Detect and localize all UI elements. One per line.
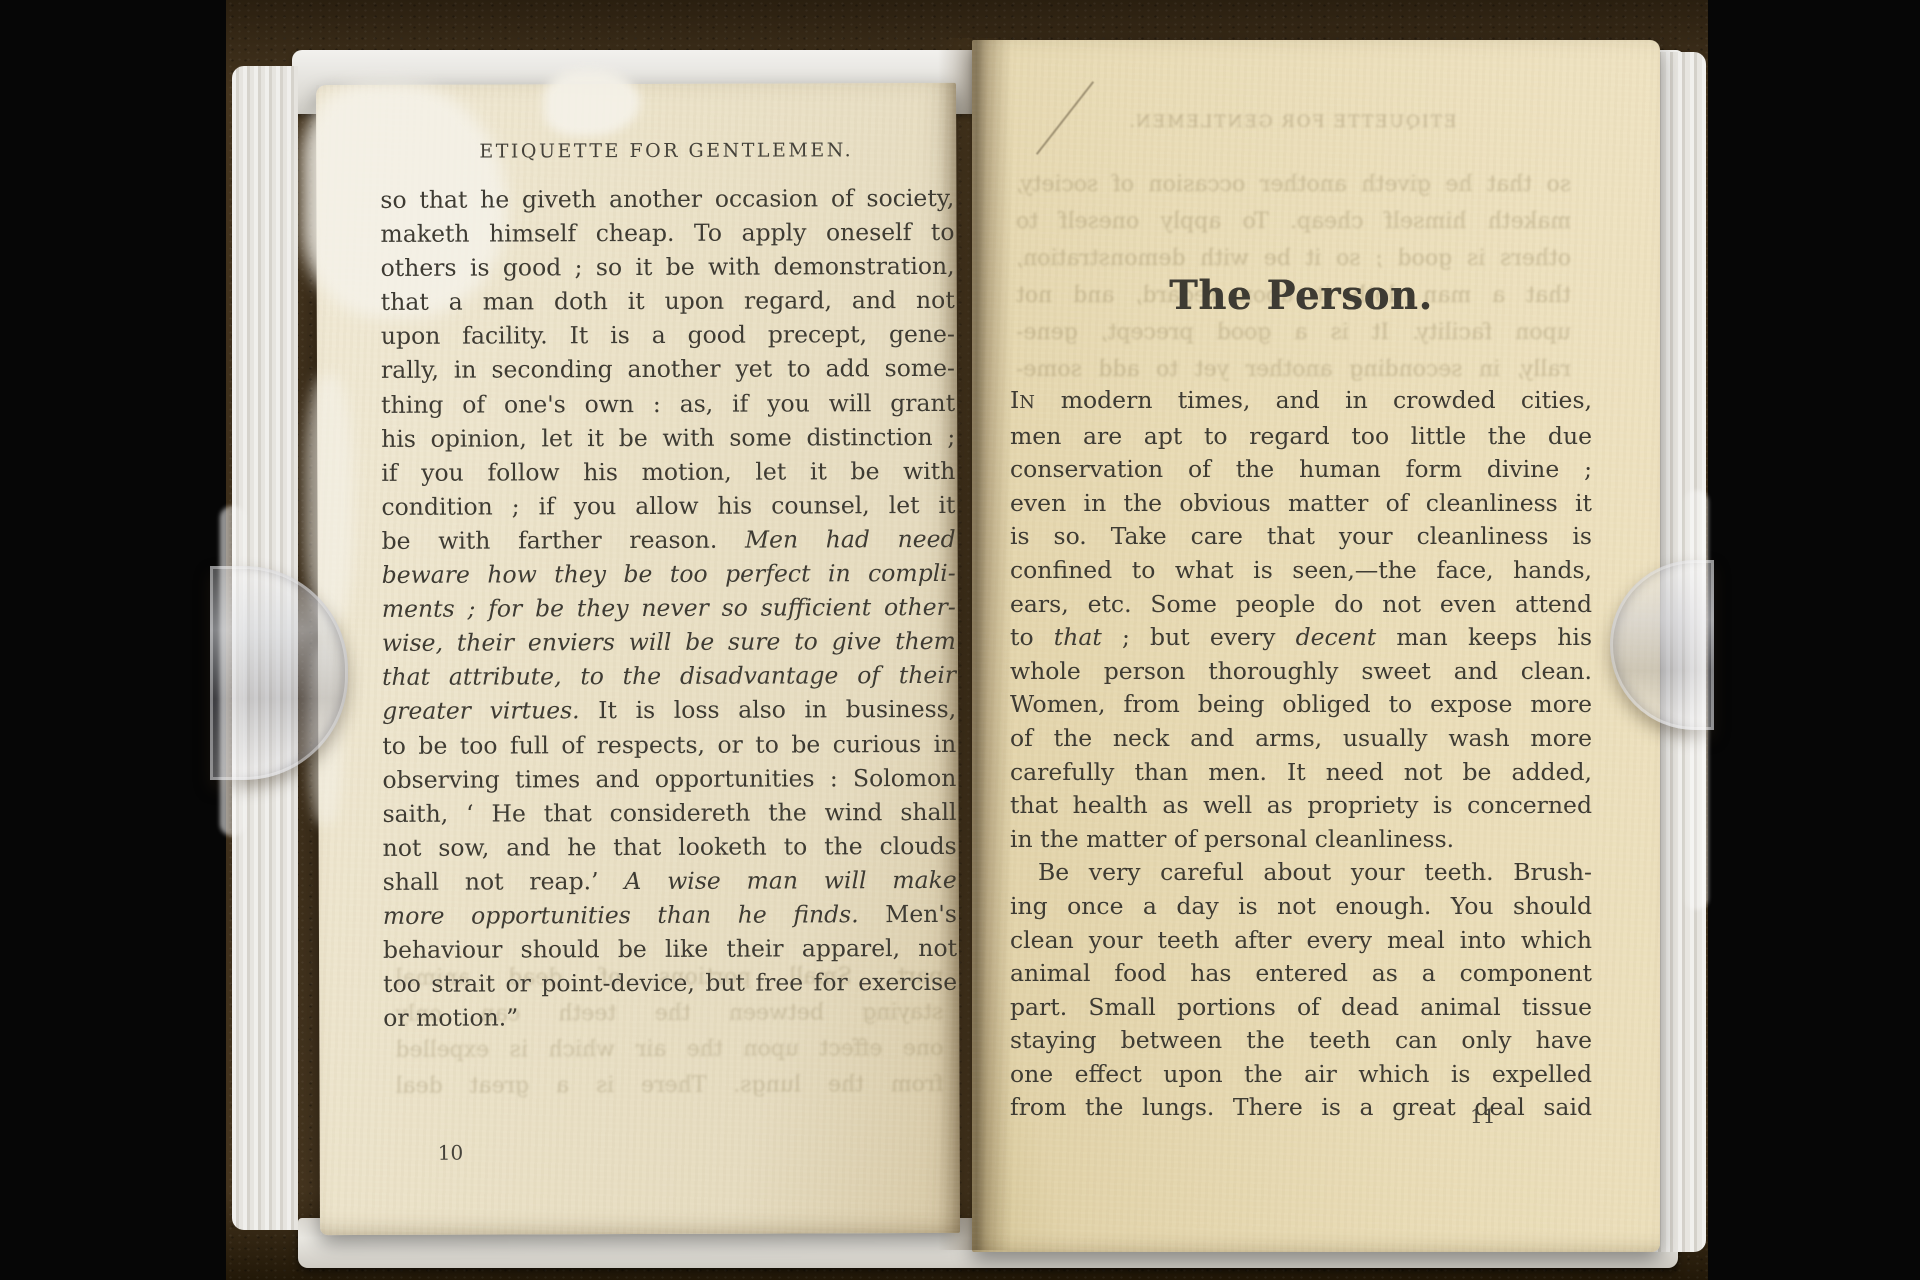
photo-stage: { "colors":{ "background":"#060606", "co… [0,0,1920,1280]
body-text-left: so that he giveth another occasion of so… [380,181,957,1035]
page-number-left: 10 [438,1141,464,1165]
chapter-title: The Person. [1010,271,1592,319]
right-page: ETIQUETTE FOR GENTLEMEN. so that he give… [972,40,1660,1252]
page-number-right: 11 [1470,1104,1495,1128]
left-page: ETIQUETTE FOR GENTLEMEN. so that he give… [316,83,960,1235]
body-text-right: IN modern times, and in crowded cities,m… [1010,384,1592,1125]
running-header: ETIQUETTE FOR GENTLEMEN. [380,139,952,163]
bleed-through-header: ETIQUETTE FOR GENTLEMEN. [1012,112,1572,132]
